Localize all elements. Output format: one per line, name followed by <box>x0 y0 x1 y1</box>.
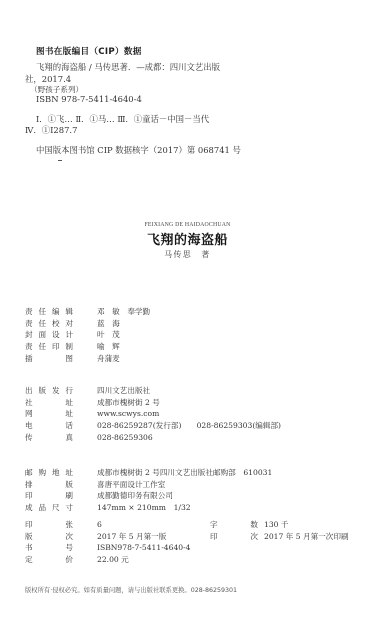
printing: 2017 年 5 月第一次印刷 <box>264 531 349 543</box>
small-dash-mark <box>58 160 62 161</box>
production-row: 邮购地址 成都市槐树街 2 号四川文艺出版社邮购部 610031 <box>25 467 272 479</box>
cip-title-line: 飞翔的海盗船 / 马传思著．—成都：四川文艺出版 <box>36 61 220 73</box>
publisher-label: 出版发行 <box>25 385 73 397</box>
printer: 成都勤德印务有限公司 <box>97 490 173 502</box>
publisher-row: 网址 www.scwys.com <box>25 408 281 420</box>
spec-label: 定价 <box>25 554 73 566</box>
specs-info: 印张 6 字数 130 千 版次 2017 年 5 月第一版 印次 2017 年… <box>25 519 375 566</box>
book-size: 147mm × 210mm 1/32 <box>97 502 191 514</box>
credit-row: 责任印制 喻 辉 <box>25 341 150 353</box>
credits-list: 责任编辑 邓 敏 奉学勤 责任校对 蓝 海 封面设计 叶 茂 责任印制 喻 辉 … <box>25 306 150 364</box>
credit-row: 插图 舟蒲麦 <box>25 353 150 365</box>
credit-row: 责任校对 蓝 海 <box>25 318 150 330</box>
title-pinyin: FEIXIANG DE HAIDAOCHUAN <box>0 222 375 228</box>
credit-value: 喻 辉 <box>97 341 120 353</box>
spec-row: 定价 22.00 元 <box>25 554 375 566</box>
spec-row: 书号 ISBN978-7-5411-4640-4 <box>25 542 375 554</box>
publisher-phone: 028-86259287(发行部) 028-86259303(编辑部) <box>97 420 281 432</box>
production-label: 印刷 <box>25 490 73 502</box>
credit-value: 蓝 海 <box>97 318 120 330</box>
cip-number: 中国版本图书馆 CIP 数据核字（2017）第 068741 号 <box>36 144 241 156</box>
book-title: 飞翔的海盗船 <box>0 229 375 248</box>
publisher-website: www.scwys.com <box>97 408 159 420</box>
credit-value: 舟蒲麦 <box>97 353 120 365</box>
publisher-row: 出版发行 四川文艺出版社 <box>25 385 281 397</box>
spec-label: 字数 <box>210 519 258 531</box>
price: 22.00 元 <box>97 554 129 566</box>
spec-col2: 字数 130 千 <box>210 519 289 531</box>
cip-isbn: ISBN 978-7-5411-4640-4 <box>36 94 142 104</box>
publisher-fax: 028-86259306 <box>97 432 153 444</box>
publisher-label: 传真 <box>25 432 73 444</box>
publisher-label: 网址 <box>25 408 73 420</box>
credit-label: 责任编辑 <box>25 306 73 318</box>
publisher-address: 成都市槐树街 2 号 <box>97 397 160 409</box>
publisher-name: 四川文艺出版社 <box>97 385 150 397</box>
publisher-info: 出版发行 四川文艺出版社 社址 成都市槐树街 2 号 网址 www.scwys.… <box>25 385 281 443</box>
credit-label: 责任校对 <box>25 318 73 330</box>
copyright-notice: 版权所有·侵权必究。如有质量问题，请与出版社联系更换。028-86259301 <box>25 585 237 594</box>
credit-row: 封面设计 叶 茂 <box>25 329 150 341</box>
publisher-row: 社址 成都市槐树街 2 号 <box>25 397 281 409</box>
production-row: 排版 喜唐平面设计工作室 <box>25 479 272 491</box>
cip-heading: 图书在版编目（CIP）数据 <box>36 45 142 57</box>
production-label: 成品尺寸 <box>25 502 73 514</box>
mail-order-address: 成都市槐树街 2 号四川文艺出版社邮购部 610031 <box>97 467 272 479</box>
publisher-label: 社址 <box>25 397 73 409</box>
spec-row: 印张 6 字数 130 千 <box>25 519 375 531</box>
credit-label: 插图 <box>25 353 73 365</box>
edition: 2017 年 5 月第一版 <box>97 531 166 543</box>
spec-col2: 印次 2017 年 5 月第一次印刷 <box>210 531 349 543</box>
cip-classification-2: Ⅳ．①I287.7 <box>25 124 77 136</box>
credit-value: 叶 茂 <box>97 329 120 341</box>
typesetting: 喜唐平面设计工作室 <box>97 479 165 491</box>
production-row: 印刷 成都勤德印务有限公司 <box>25 490 272 502</box>
spec-label: 版次 <box>25 531 73 543</box>
word-count: 130 千 <box>264 519 289 531</box>
production-row: 成品尺寸 147mm × 210mm 1/32 <box>25 502 272 514</box>
publisher-row: 电话 028-86259287(发行部) 028-86259303(编辑部) <box>25 420 281 432</box>
spec-label: 印张 <box>25 519 73 531</box>
spec-row: 版次 2017 年 5 月第一版 印次 2017 年 5 月第一次印刷 <box>25 531 375 543</box>
author-line: 马传思 著 <box>0 249 375 260</box>
production-label: 排版 <box>25 479 73 491</box>
production-label: 邮购地址 <box>25 467 73 479</box>
credit-label: 封面设计 <box>25 329 73 341</box>
publisher-row: 传真 028-86259306 <box>25 432 281 444</box>
spec-label: 书号 <box>25 542 73 554</box>
spec-label: 印次 <box>210 531 258 543</box>
publisher-label: 电话 <box>25 420 73 432</box>
print-sheets: 6 <box>97 519 102 531</box>
credit-value: 邓 敏 奉学勤 <box>97 306 150 318</box>
credit-label: 责任印制 <box>25 341 73 353</box>
isbn-number: ISBN978-7-5411-4640-4 <box>97 542 191 554</box>
credit-row: 责任编辑 邓 敏 奉学勤 <box>25 306 150 318</box>
production-info: 邮购地址 成都市槐树街 2 号四川文艺出版社邮购部 610031 排版 喜唐平面… <box>25 467 272 514</box>
